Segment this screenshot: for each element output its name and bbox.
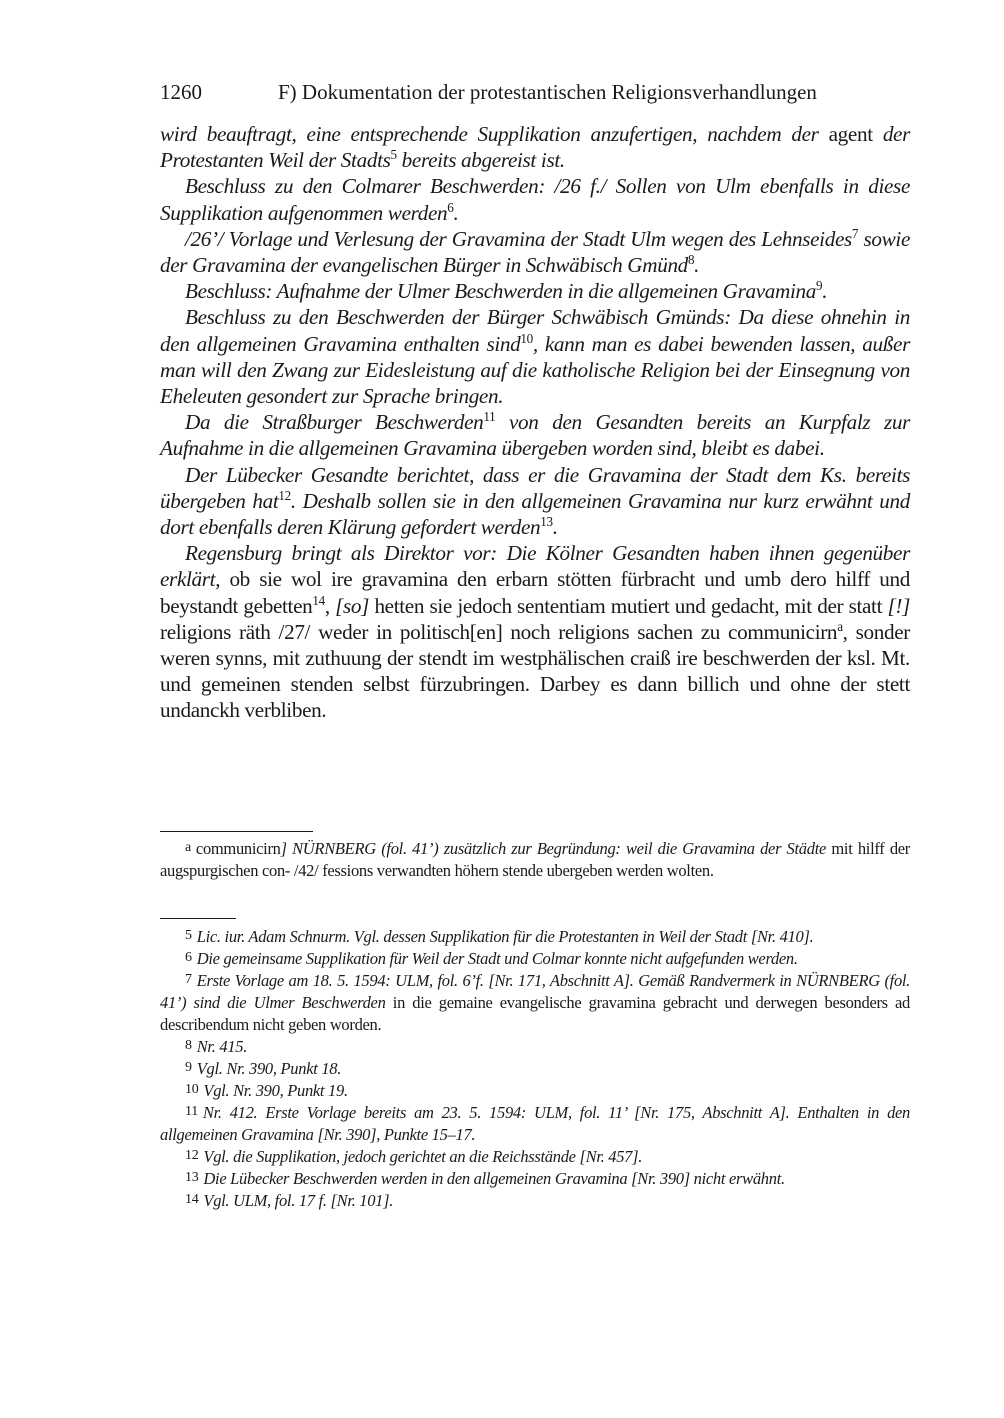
textual-notes: acommunicirn] NÜRNBERG (fol. 41’) zusätz… (160, 838, 910, 882)
footnote-6: 6Die gemeinsame Supplikation für Weil de… (160, 948, 910, 970)
footnote-ref[interactable]: 10 (520, 330, 532, 345)
footnote-13: 13Die Lübecker Beschwerden werden in den… (160, 1168, 910, 1190)
footnote-ref[interactable]: 14 (312, 593, 324, 608)
running-title: F) Dokumentation der protestantischen Re… (278, 80, 817, 104)
footnote-ref[interactable]: 13 (540, 514, 552, 529)
textual-note-a: acommunicirn] NÜRNBERG (fol. 41’) zusätz… (160, 838, 910, 882)
footnote-11: 11Nr. 412. Erste Vorlage bereits am 23. … (160, 1102, 910, 1146)
paragraph-5: Beschluss zu den Beschwerden der Bürger … (160, 304, 910, 409)
paragraph-3: /26’/ Vorlage und Verlesung der Gravamin… (160, 226, 910, 278)
running-header: 1260F) Dokumentation der protestantische… (160, 78, 910, 106)
textual-notes-divider (160, 831, 313, 832)
footnote-ref[interactable]: 12 (278, 488, 290, 503)
footnote-14: 14Vgl. ULM, fol. 17 f. [Nr. 101]. (160, 1190, 910, 1212)
footnote-7: 7Erste Vorlage am 18. 5. 1594: ULM, fol.… (160, 970, 910, 1036)
paragraph-6: Da die Straßburger Beschwerden11 von den… (160, 409, 910, 461)
paragraph-1: wird beauftragt, eine entsprechende Supp… (160, 121, 910, 173)
footnote-9: 9Vgl. Nr. 390, Punkt 18. (160, 1058, 910, 1080)
footnotes-divider (160, 918, 236, 919)
paragraph-4: Beschluss: Aufnahme der Ulmer Beschwerde… (160, 278, 910, 304)
footnote-10: 10Vgl. Nr. 390, Punkt 19. (160, 1080, 910, 1102)
paragraph-8: Regensburg bringt als Direktor vor: Die … (160, 540, 910, 723)
page-number: 1260 (160, 78, 278, 106)
paragraph-2: Beschluss zu den Colmarer Beschwerden: /… (160, 173, 910, 225)
paragraph-7: Der Lübecker Gesandte berichtet, dass er… (160, 462, 910, 541)
footnote-5: 5Lic. iur. Adam Schnurm. Vgl. dessen Sup… (160, 926, 910, 948)
footnote-12: 12Vgl. die Supplikation, jedoch gerichte… (160, 1146, 910, 1168)
footnote-8: 8Nr. 415. (160, 1036, 910, 1058)
main-text: wird beauftragt, eine entsprechende Supp… (160, 121, 910, 724)
footnotes: 5Lic. iur. Adam Schnurm. Vgl. dessen Sup… (160, 926, 910, 1212)
footnote-ref[interactable]: 11 (483, 409, 495, 424)
